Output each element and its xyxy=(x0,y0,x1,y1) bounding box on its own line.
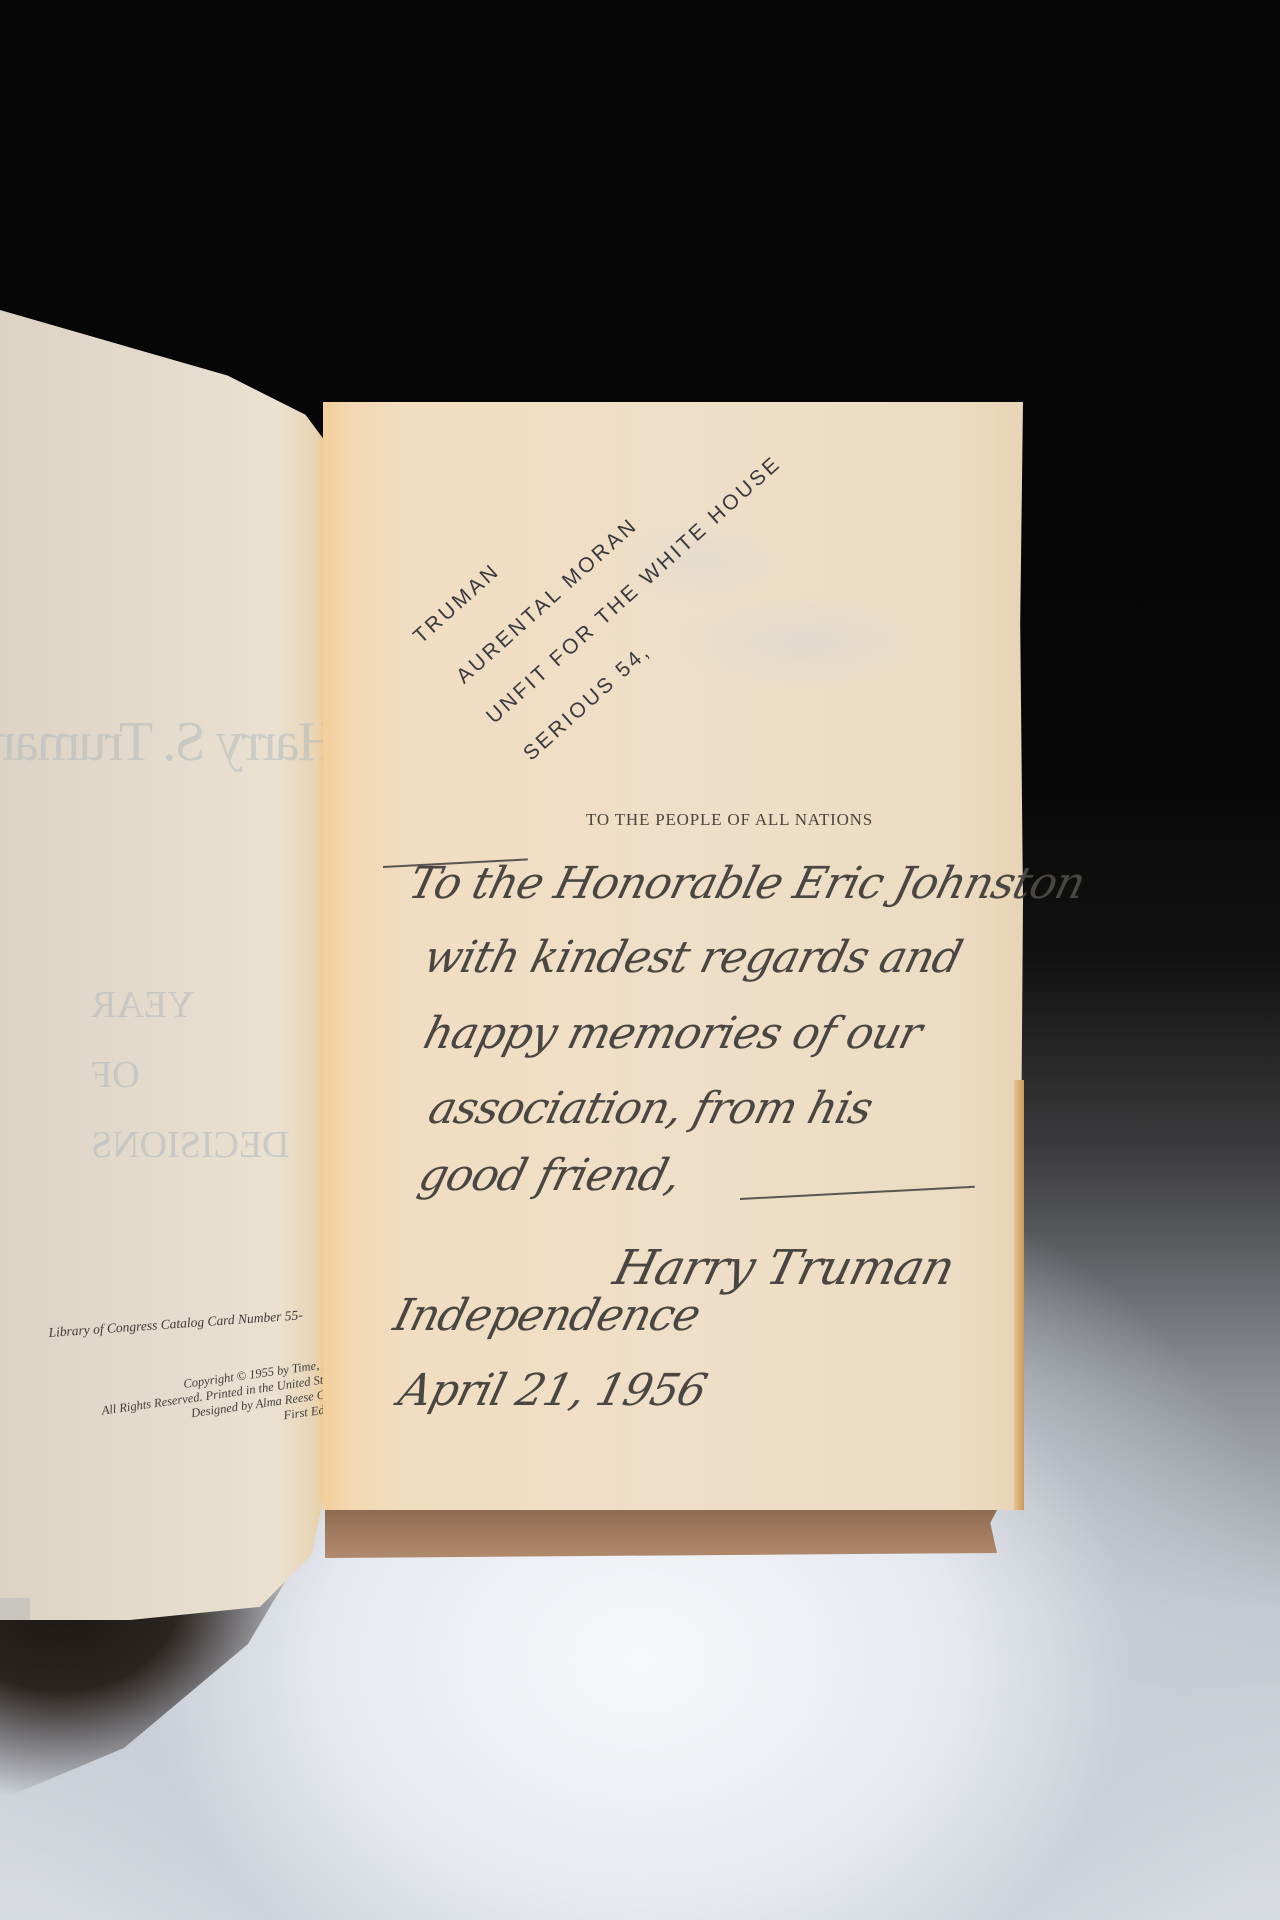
inscription-line: with kindest regards and xyxy=(419,932,967,983)
left-page-copyright: Harry S. Truman YEAR OF DECISIONS Librar… xyxy=(0,310,325,1620)
inscription-line: good friend, xyxy=(414,1150,686,1201)
library-of-congress-line: Library of Congress Catalog Card Number … xyxy=(48,1304,348,1341)
page-fore-edge xyxy=(1014,1080,1024,1510)
printed-dedication: TO THE PEOPLE OF ALL NATIONS xyxy=(586,810,873,830)
bleed-line: YEAR xyxy=(91,970,289,1040)
inscription-place: Independence xyxy=(389,1290,705,1341)
signature: Harry Truman xyxy=(608,1240,960,1296)
bleed-line: OF xyxy=(91,1040,289,1110)
photo-scene: Harry S. Truman YEAR OF DECISIONS Librar… xyxy=(0,0,1280,1920)
inscription-date: April 21, 1956 xyxy=(394,1365,712,1416)
inscription-line: happy memories of our xyxy=(419,1008,927,1059)
bleed-line: DECISIONS xyxy=(91,1110,289,1180)
right-page-shadow xyxy=(325,1508,997,1558)
inscription-line: To the Honorable Eric Johnston xyxy=(404,858,1090,909)
jacket-flap-corner xyxy=(0,1598,30,1620)
bleed-through-subtitle: YEAR OF DECISIONS xyxy=(91,970,289,1180)
copyright-block: Copyright © 1955 by Time, Inc. All Right… xyxy=(73,1355,349,1452)
bleed-through-title: Harry S. Truman xyxy=(0,710,338,774)
inscription-line: association, from his xyxy=(424,1083,878,1134)
